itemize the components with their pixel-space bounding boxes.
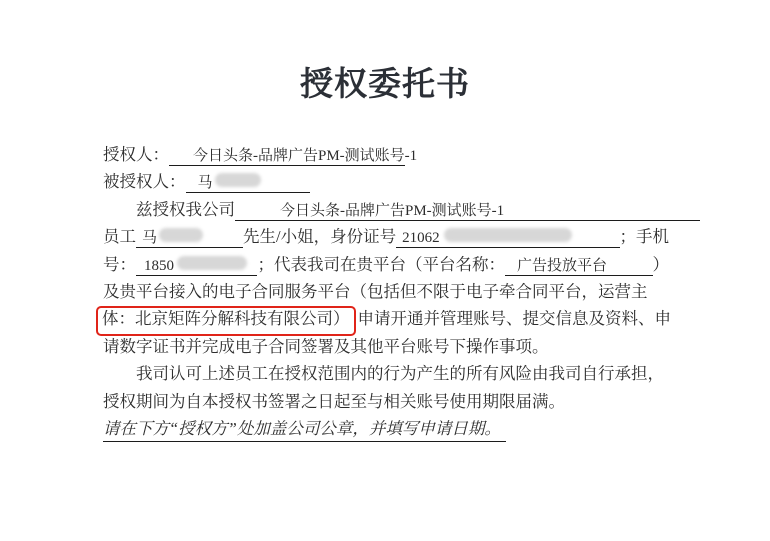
employee-suffix-text: ；手机 [620, 223, 670, 250]
employee-row: 员工 马 先生/小姐，身份证号 21062 ；手机 [103, 223, 669, 250]
employee-label: 员工 [103, 223, 136, 250]
seal-note-line: 请在下方“授权方”处加盖公司公章，并填写申请日期。 [103, 415, 669, 442]
authorized-person-value: 马 [198, 170, 213, 197]
authorizer-label: 授权人： [103, 141, 169, 168]
employee-name-field: 马 [136, 225, 243, 248]
risk-line-1: 我司认可上述员工在授权范围内的行为产生的所有风险由我司自行承担， [103, 360, 669, 387]
authorize-company-value: 今日头条-品牌广告PM-测试账号-1 [247, 198, 504, 225]
operator-entity-line: 体：北京矩阵分解科技有限公司） 申请开通并管理账号、提交信息及资料、申 [103, 305, 669, 332]
employee-id-field: 21062 [396, 225, 619, 248]
authorize-company-row: 兹授权我公司 今日头条-品牌广告PM-测试账号-1 [103, 196, 669, 223]
platform-wrap-line: 及贵平台接入的电子合同服务平台（包括但不限于电子牵合同平台，运营主 [103, 278, 669, 305]
authorizer-row: 授权人： 今日头条-品牌广告PM-测试账号-1 [103, 141, 669, 168]
document-body: 授权人： 今日头条-品牌广告PM-测试账号-1 被授权人： 马 兹授权我公司 今… [103, 141, 669, 442]
authorizer-field: 今日头条-品牌广告PM-测试账号-1 [169, 143, 405, 166]
authorized-person-row: 被授权人： 马 [103, 168, 669, 195]
authorizer-value: 今日头条-品牌广告PM-测试账号-1 [193, 143, 417, 170]
redacted-name-blur [159, 228, 203, 242]
redacted-name-blur [215, 173, 261, 187]
operator-entity-text: 体：北京矩阵分解科技有限公司） [102, 309, 350, 328]
after-box-text: 申请开通并管理账号、提交信息及资料、申 [358, 309, 672, 328]
risk-line-2: 授权期间为自本授权书签署之日起至与相关账号使用期限届满。 [103, 388, 669, 415]
authorize-prefix: 兹授权我公司 [103, 196, 235, 223]
authorize-company-field: 今日头条-品牌广告PM-测试账号-1 [235, 198, 700, 221]
phone-platform-row: 号： 1850 ；代表我司在贵平台（平台名称： 广告投放平台 ） [103, 251, 669, 278]
platform-suffix-text: ） [653, 251, 670, 278]
authorized-person-field: 马 [186, 170, 310, 193]
employee-mid-text: 先生/小姐，身份证号 [243, 223, 396, 250]
page-title: 授权委托书 [0, 58, 770, 105]
authorized-person-label: 被授权人： [103, 168, 186, 195]
phone-label: 号： [103, 251, 136, 278]
platform-field: 广告投放平台 [505, 253, 653, 276]
phone-field: 1850 [136, 253, 257, 276]
employee-name-value: 马 [142, 225, 157, 252]
platform-value: 广告投放平台 [517, 253, 607, 280]
phone-value: 1850 [144, 253, 174, 280]
cert-line: 请数字证书并完成电子合同签署及其他平台账号下操作事项。 [103, 333, 669, 360]
employee-id-value: 21062 [402, 225, 440, 252]
redacted-id-blur [444, 228, 572, 242]
document-page: { "page": { "title": "授权委托书", "accent_re… [0, 0, 770, 541]
platform-mid-text: ；代表我司在贵平台（平台名称： [257, 251, 505, 278]
redacted-phone-blur [177, 256, 247, 270]
highlight-box-operator-entity: 体：北京矩阵分解科技有限公司） [96, 306, 356, 336]
seal-note-text: 请在下方“授权方”处加盖公司公章，并填写申请日期。 [103, 417, 506, 442]
